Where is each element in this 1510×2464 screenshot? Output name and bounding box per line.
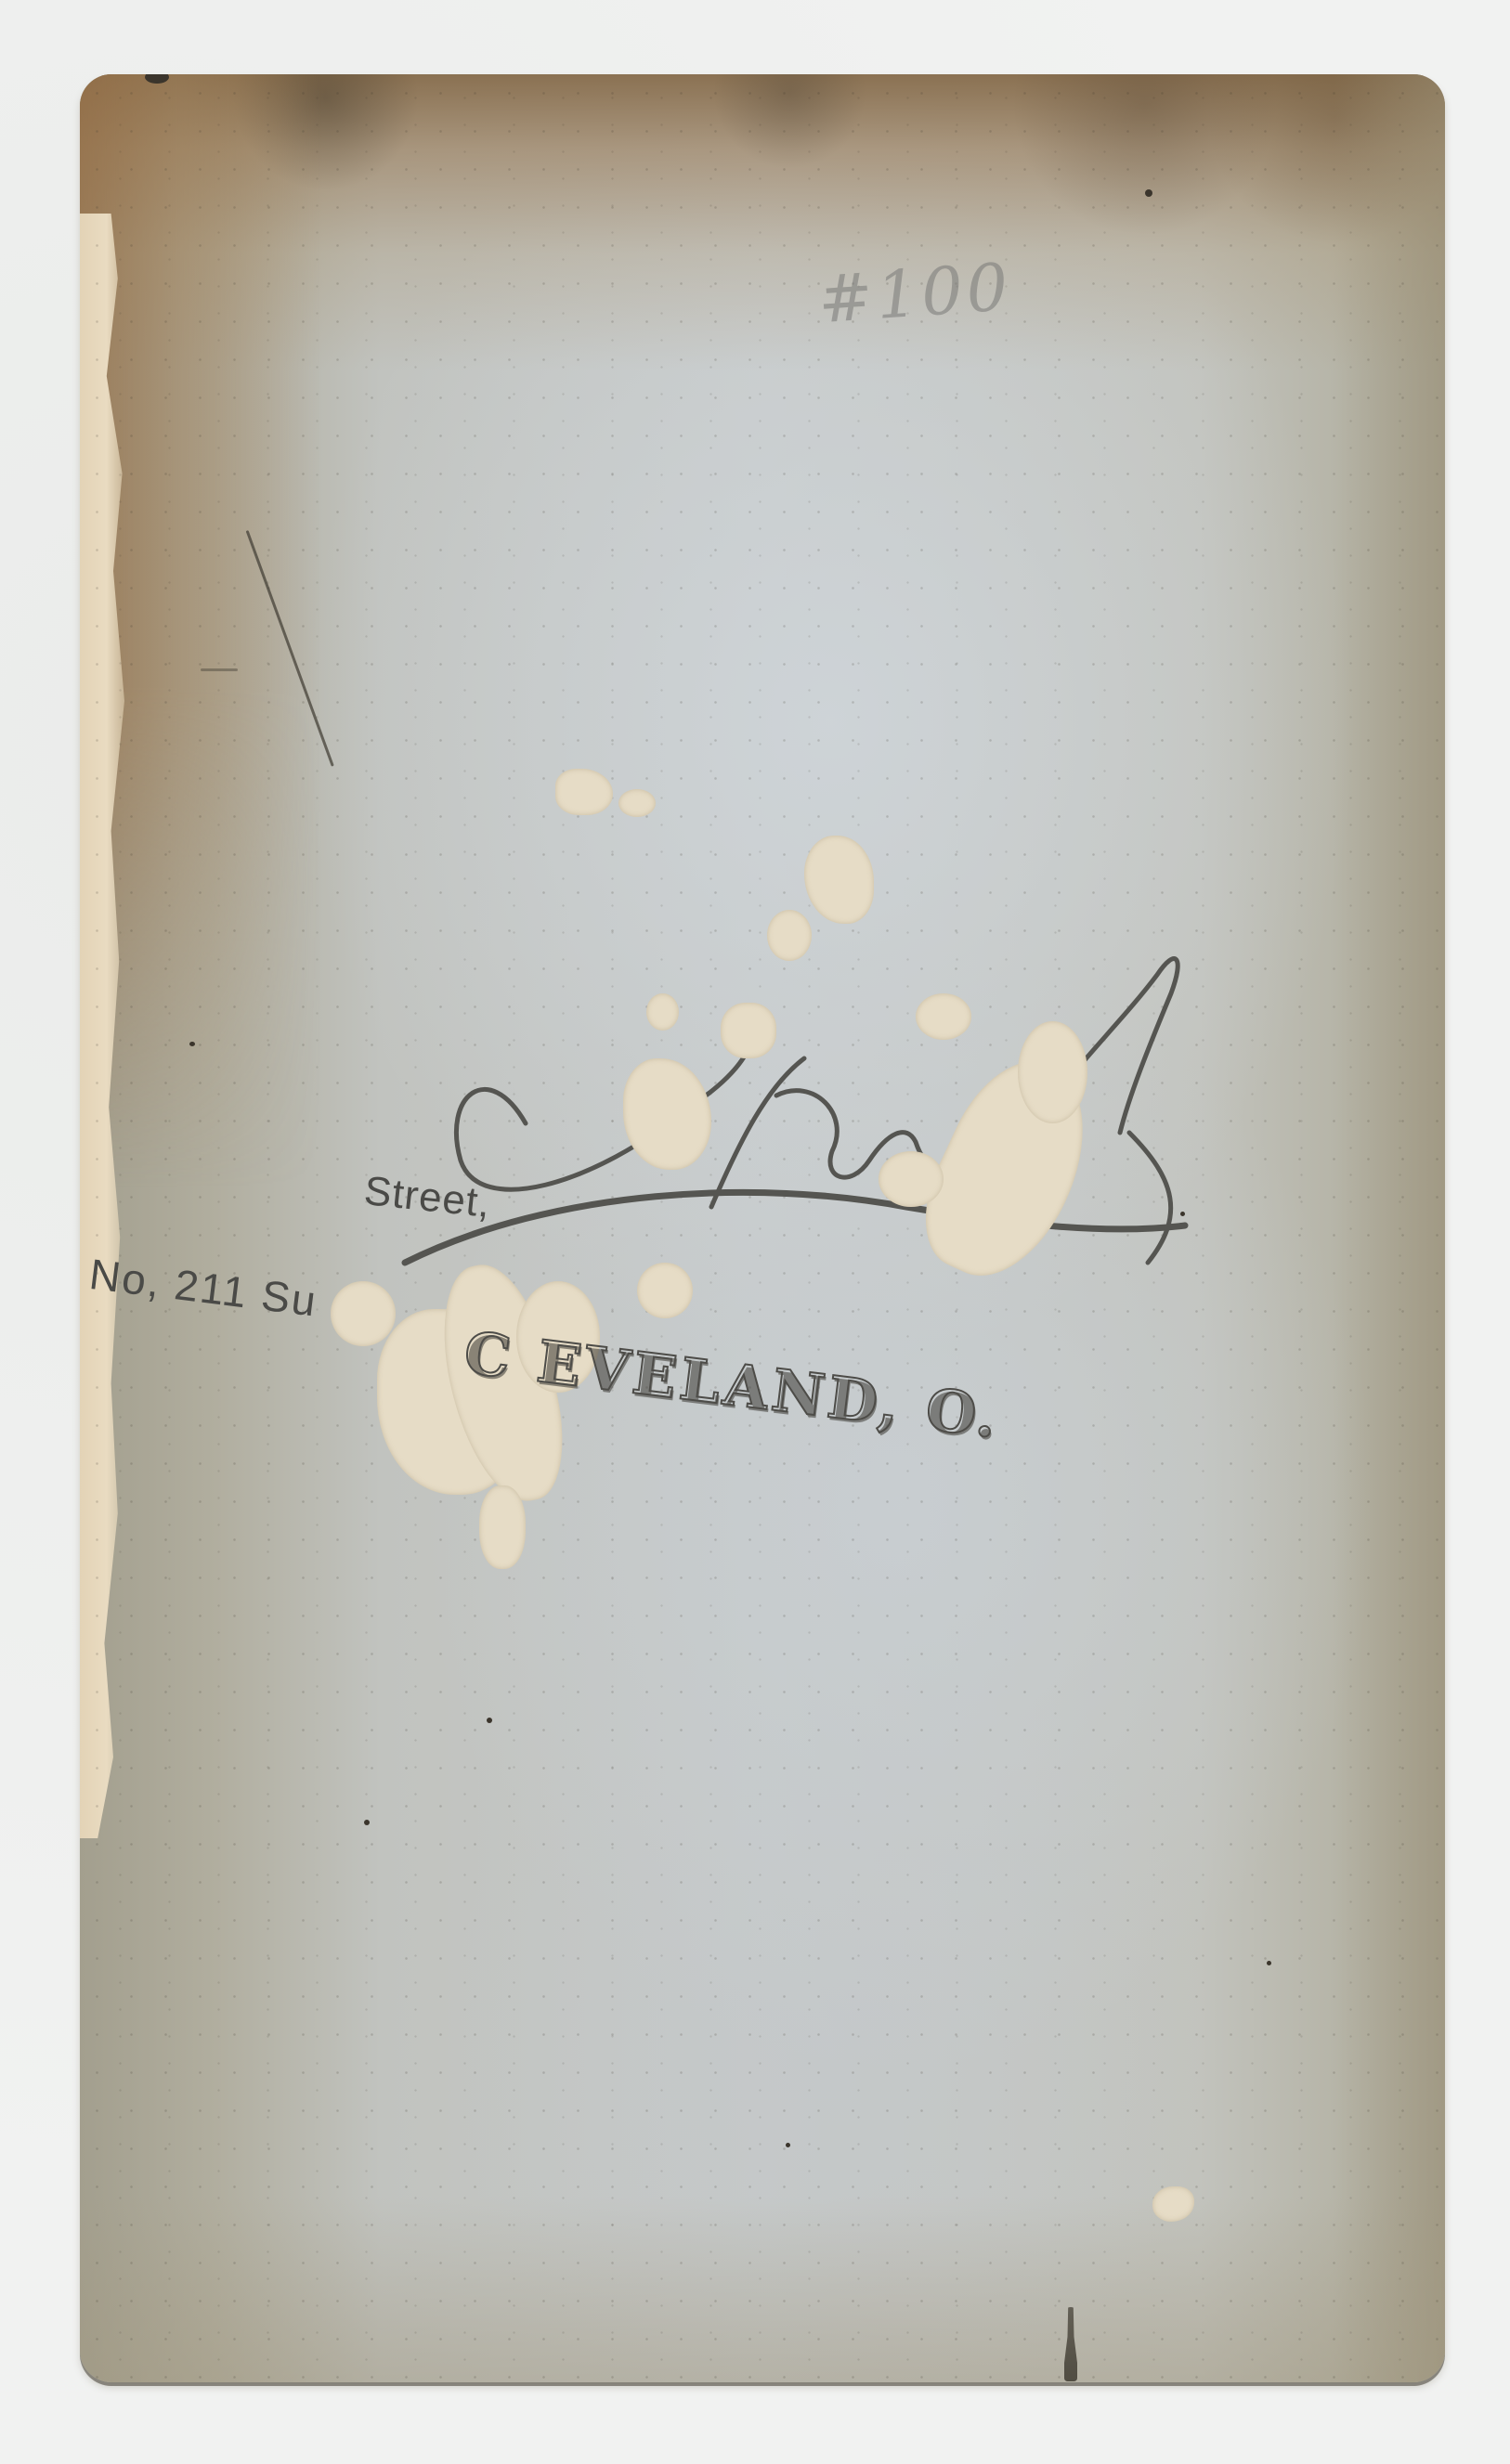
spot <box>364 1820 370 1825</box>
peeled-patch <box>637 1263 693 1318</box>
peeled-patch <box>1018 1021 1087 1123</box>
peeled-patch <box>646 993 679 1031</box>
peeled-patch <box>618 789 656 817</box>
spot <box>1145 189 1152 197</box>
photographer-signature <box>386 910 1278 1300</box>
spot <box>1267 1961 1271 1965</box>
peeled-patch <box>721 1003 776 1058</box>
peeled-patch <box>479 1485 526 1569</box>
card-mount: #100 <box>80 74 1445 2382</box>
peeled-patch <box>879 1151 944 1207</box>
peeled-patch <box>916 993 971 1040</box>
spot <box>487 1718 492 1723</box>
spot <box>786 2143 790 2147</box>
peeled-patch <box>555 769 613 815</box>
scratch-mark <box>201 668 238 671</box>
pencil-inscription: #100 <box>815 249 1013 338</box>
peeled-patch <box>767 910 812 961</box>
spot <box>189 1042 195 1046</box>
peeled-patch <box>331 1281 396 1346</box>
